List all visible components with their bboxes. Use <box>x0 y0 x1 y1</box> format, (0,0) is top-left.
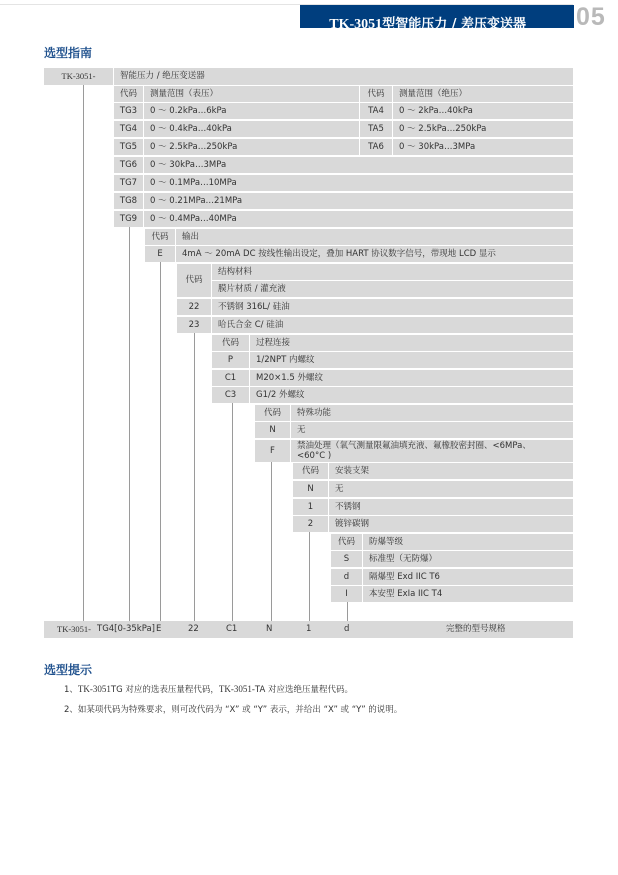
example-bracket: 1 <box>306 621 311 638</box>
gauge-code: TG4 <box>114 121 143 137</box>
special-value-line2: <60°C ) <box>297 451 573 461</box>
section-title-selection-guide: 选型指南 <box>44 44 92 61</box>
gauge-value: 0 ～ 0.4kPa…40kPa <box>144 121 359 137</box>
gauge-value: 0 ～ 0.21MPa…21MPa <box>144 193 573 209</box>
absolute-value: 0 ～ 2kPa…40kPa <box>393 103 573 119</box>
gauge-range-header: 测量范围（表压） <box>144 86 359 102</box>
product-name-cell: 智能压力 / 绝压变送器 <box>114 68 573 85</box>
gauge-value: 0 ～ 0.4MPa…40MPa <box>144 211 573 227</box>
absolute-code: TA6 <box>360 139 392 155</box>
tip-number: 1、 <box>64 685 78 695</box>
material-code-header: 代码 <box>177 264 211 297</box>
gauge-value: 0 ～ 2.5kPa…250kPa <box>144 139 359 155</box>
connection-value: G1/2 外螺纹 <box>250 387 573 403</box>
tip-model-tg: TK-3051 <box>78 684 111 694</box>
explosion-header: 防爆等级 <box>363 534 573 550</box>
absolute-value: 0 ～ 30kPa…3MPa <box>393 139 573 155</box>
special-code: N <box>255 422 290 438</box>
material-subheader: 膜片材质 / 灌充液 <box>212 281 573 297</box>
bracket-code: 1 <box>293 499 328 515</box>
title-text: 型智能压力 / 差压变送器 <box>382 17 526 32</box>
connector-line-bracket <box>309 532 310 622</box>
output-value: 4mA ～ 20mA DC 按线性输出设定，叠加 HART 协议数字信号，带现地… <box>176 246 573 262</box>
connector-line-connection <box>232 403 233 622</box>
explosion-code: S <box>331 551 362 567</box>
example-material: 22 <box>188 621 199 638</box>
connector-line-output <box>160 262 161 622</box>
absolute-code: TA4 <box>360 103 392 119</box>
special-code-header: 代码 <box>255 405 290 421</box>
model-prefix-cell: TK-3051- <box>44 68 113 85</box>
special-value: 无 <box>291 422 573 438</box>
material-header: 结构材料 <box>212 264 573 280</box>
gauge-value: 0 ～ 30kPa…3MPa <box>144 157 573 173</box>
special-code: F <box>255 440 290 462</box>
gauge-code: TG8 <box>114 193 143 209</box>
connection-code: C3 <box>212 387 249 403</box>
connection-code-header: 代码 <box>212 335 249 351</box>
tip-item-2: 2、如某项代码为特殊要求，则可改代码为 “X” 或 “Y” 表示，并给出 “X”… <box>64 703 402 715</box>
bracket-code-header: 代码 <box>293 463 328 479</box>
absolute-code-header: 代码 <box>360 86 392 102</box>
connection-value: M20×1.5 外螺纹 <box>250 370 573 386</box>
special-value-line1: 禁油处理（氧气测量限氟油填充液、氟橡胶密封圈、<6MPa、 <box>297 441 573 451</box>
explosion-value: 本安型 ExIa IIC T4 <box>363 586 573 602</box>
material-value: 哈氏合金 C/ 硅油 <box>212 317 573 333</box>
absolute-value: 0 ～ 2.5kPa…250kPa <box>393 121 573 137</box>
connector-line-material <box>194 333 195 622</box>
connector-line-explosion <box>347 602 348 622</box>
section-title-selection-tips: 选型提示 <box>44 661 92 678</box>
explosion-value: 隔爆型 Exd IIC T6 <box>363 569 573 585</box>
bracket-value: 无 <box>329 481 573 497</box>
output-code: E <box>145 246 175 262</box>
connection-value: 1/2NPT 内螺纹 <box>250 352 573 368</box>
title-model: TK-3051 <box>329 17 382 32</box>
gauge-code: TG6 <box>114 157 143 173</box>
explosion-code: d <box>331 569 362 585</box>
connection-header: 过程连接 <box>250 335 573 351</box>
gauge-code: TG9 <box>114 211 143 227</box>
page-number: 05 <box>576 3 606 32</box>
bracket-code: N <box>293 481 328 497</box>
example-explosion: d <box>344 621 349 638</box>
example-row: TK-3051- TG4[0-35kPa] E 22 C1 N 1 d 完整的型… <box>44 621 573 638</box>
example-model: TK-3051- <box>57 621 91 638</box>
tip-text-part2: TA 对应选绝压量程代码。 <box>255 685 353 695</box>
gauge-code-header: 代码 <box>114 86 143 102</box>
document-title: TK-3051型智能压力 / 差压变送器 <box>329 13 526 33</box>
bracket-value: 镀锌碳钢 <box>329 516 573 532</box>
tip-number: 2、 <box>64 705 78 715</box>
output-header: 输出 <box>176 229 573 245</box>
connection-code: P <box>212 352 249 368</box>
connector-line-special <box>271 462 272 622</box>
explosion-code-header: 代码 <box>331 534 362 550</box>
tip-item-1: 1、TK-3051TG 对应的选表压量程代码，TK-3051-TA 对应选绝压量… <box>64 683 353 695</box>
tip-text-part1: TG 对应的选表压量程代码， <box>111 685 219 695</box>
connector-line-model <box>83 85 84 622</box>
absolute-range-header: 测量范围（绝压） <box>393 86 573 102</box>
gauge-code: TG7 <box>114 175 143 191</box>
bracket-header: 安装支架 <box>329 463 573 479</box>
example-range: TG4[0-35kPa] <box>97 621 155 638</box>
header-bar: TK-3051型智能压力 / 差压变送器 <box>300 5 574 28</box>
tip-text: 如某项代码为特殊要求，则可改代码为 “X” 或 “Y” 表示，并给出 “X” 或… <box>78 705 402 715</box>
example-output: E <box>156 621 161 638</box>
special-value-multiline: 禁油处理（氧气测量限氟油填充液、氟橡胶密封圈、<6MPa、 <60°C ) <box>291 440 573 462</box>
connection-code: C1 <box>212 370 249 386</box>
gauge-code: TG3 <box>114 103 143 119</box>
bracket-value: 不锈钢 <box>329 499 573 515</box>
explosion-code: I <box>331 586 362 602</box>
gauge-value: 0 ～ 0.1MPa…10MPa <box>144 175 573 191</box>
gauge-value: 0 ～ 0.2kPa…6kPa <box>144 103 359 119</box>
example-special: N <box>266 621 272 638</box>
example-connection: C1 <box>226 621 237 638</box>
example-label: 完整的型号规格 <box>446 621 506 638</box>
tip-model-ta: TK-3051- <box>219 684 255 694</box>
connector-line-range <box>129 226 130 622</box>
gauge-code: TG5 <box>114 139 143 155</box>
material-code: 22 <box>177 299 211 315</box>
material-code: 23 <box>177 317 211 333</box>
material-value: 不锈钢 316L/ 硅油 <box>212 299 573 315</box>
output-code-header: 代码 <box>145 229 175 245</box>
absolute-code: TA5 <box>360 121 392 137</box>
explosion-value: 标准型（无防爆） <box>363 551 573 567</box>
special-header: 特殊功能 <box>291 405 573 421</box>
bracket-code: 2 <box>293 516 328 532</box>
